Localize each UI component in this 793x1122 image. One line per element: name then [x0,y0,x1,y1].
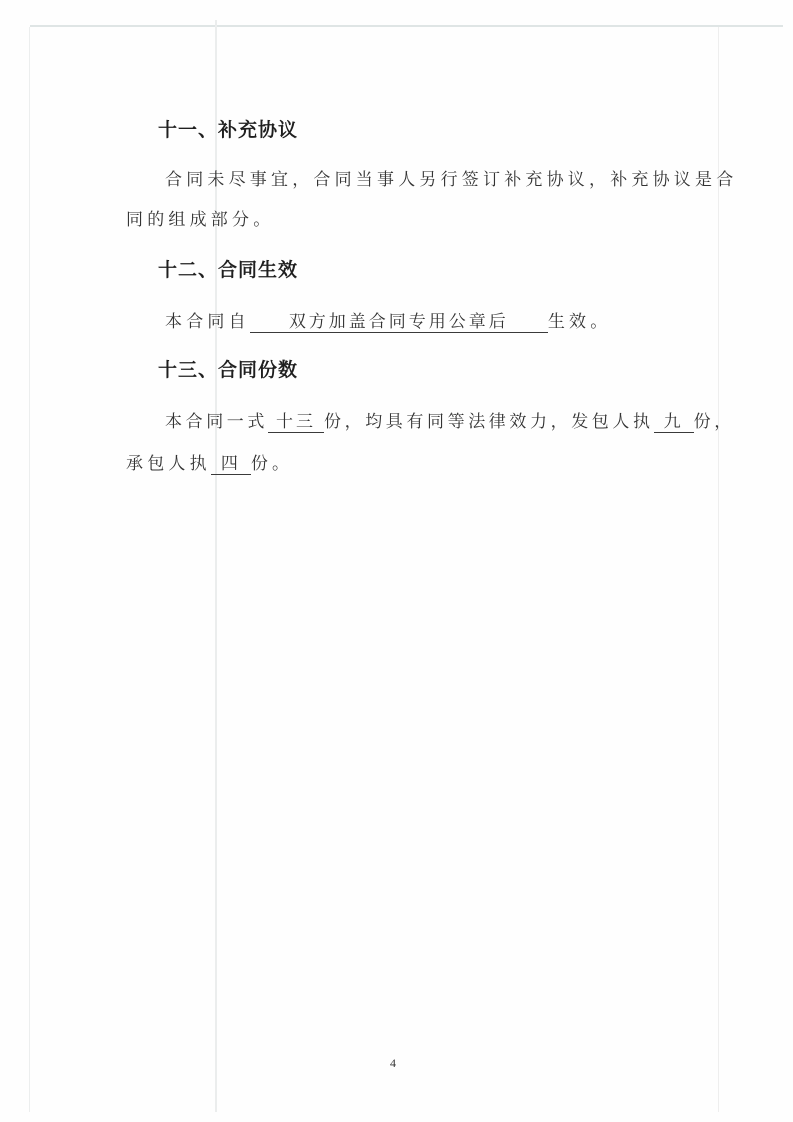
contractor-copies-fill: 四 [211,454,251,475]
scan-artifact-left-line [29,27,30,1112]
contract-copies-text-line2: 承包人执四份。 [126,452,293,476]
page-number: 4 [390,1056,396,1071]
employer-copies-fill: 九 [654,412,694,433]
section-heading-supplementary-agreement: 十一、补充协议 [158,118,298,142]
scan-artifact-top-line [30,25,783,27]
copies-line1-suffix: 份， [694,412,735,432]
effective-suffix: 生效。 [548,312,612,332]
total-copies-fill: 十三 [268,412,324,433]
contractor-suffix: 份。 [251,454,293,474]
contractor-prefix: 承包人执 [126,454,211,474]
effective-prefix: 本合同自 [165,312,250,332]
section-heading-contract-copies: 十三、合同份数 [158,358,298,382]
supplementary-agreement-text-line1: 合同未尽事宜，合同当事人另行签订补充协议，补充协议是合 [165,168,737,192]
supplementary-agreement-text-line2: 同的组成部分。 [126,208,274,232]
effective-condition-fill: 双方加盖合同专用公章后 [250,312,548,333]
contract-copies-text-line1: 本合同一式十三份，均具有同等法律效力，发包人执九份， [165,410,735,434]
section-heading-contract-effective: 十二、合同生效 [158,258,298,282]
contract-effective-text: 本合同自双方加盖合同专用公章后生效。 [165,310,611,334]
copies-middle: 份，均具有同等法律效力，发包人执 [324,412,654,432]
copies-prefix: 本合同一式 [165,412,268,432]
